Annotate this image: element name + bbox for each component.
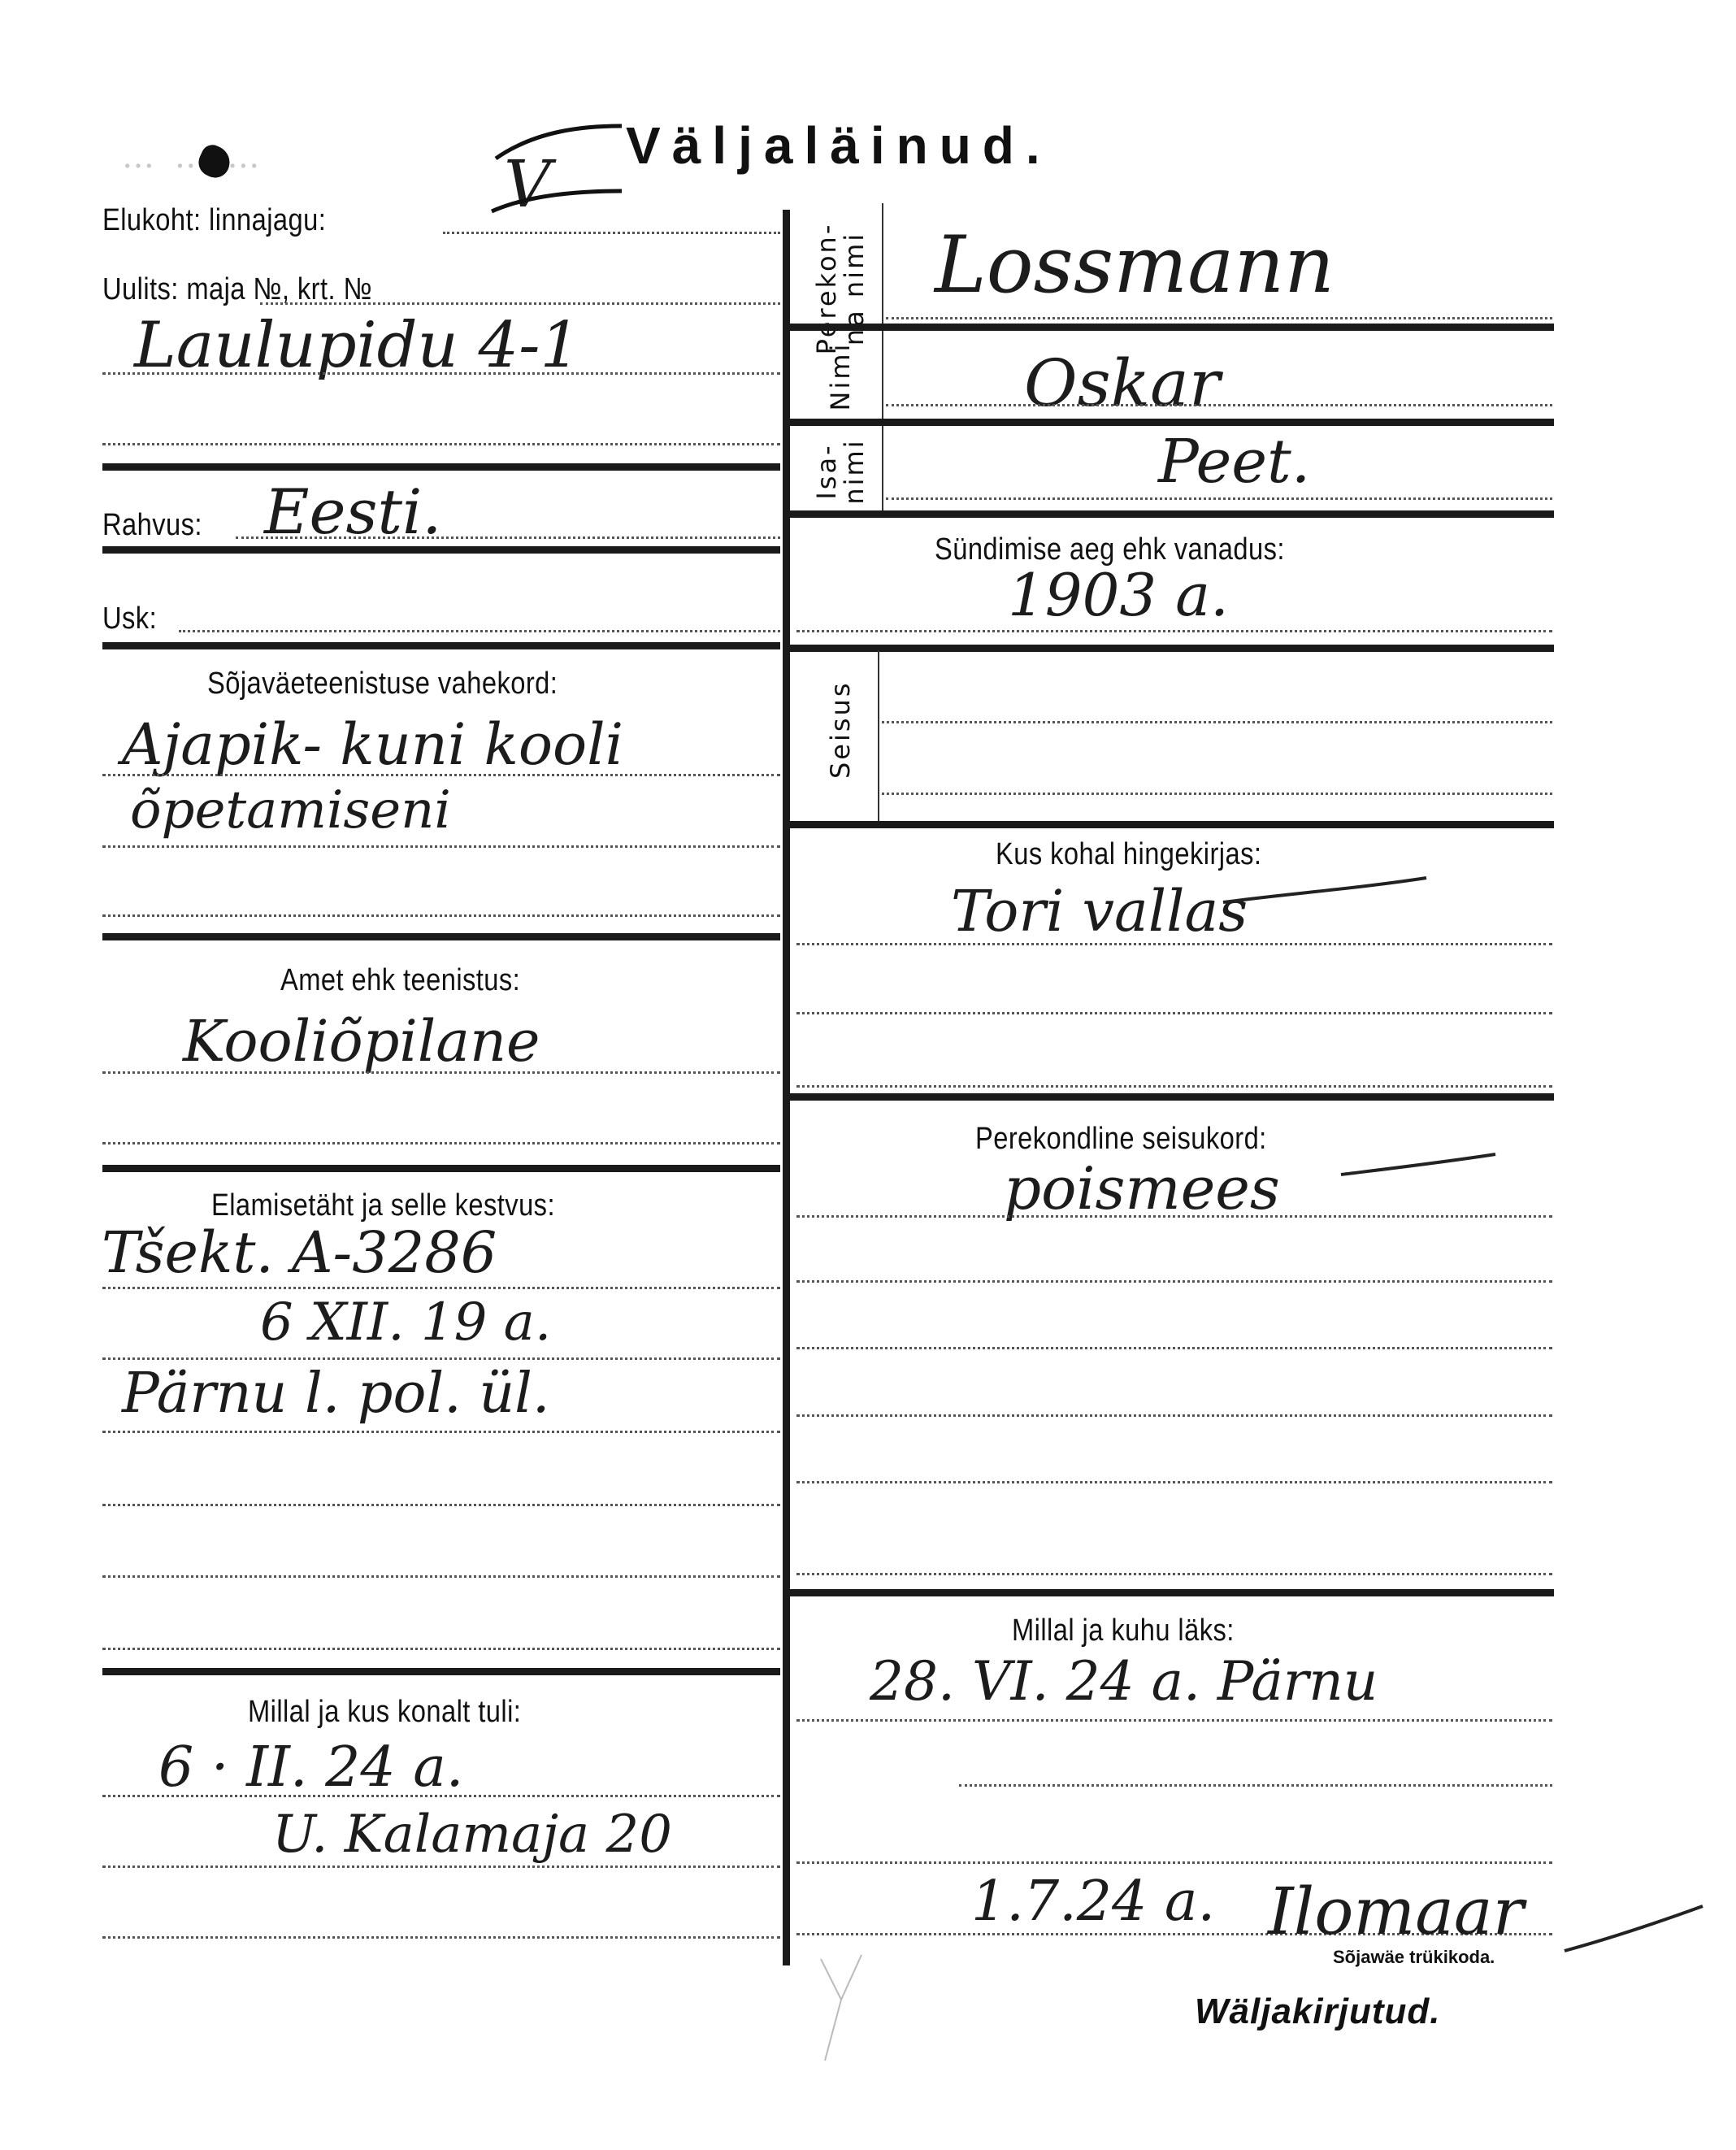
divider	[790, 1093, 1554, 1101]
field-elamisetaht-3[interactable]	[102, 1431, 780, 1433]
field-perekondline-1[interactable]	[796, 1215, 1552, 1218]
label-perekondline: Perekondline seisukord:	[975, 1122, 1267, 1157]
field-uulits-1[interactable]	[260, 302, 780, 305]
label-isanimi-line2: nimi	[840, 435, 868, 508]
field-perekondline-2[interactable]	[796, 1280, 1552, 1283]
field-seisus-1[interactable]	[882, 721, 1552, 723]
page-title: Väljaläinud.	[626, 115, 1052, 176]
field-sojavae-2[interactable]	[102, 845, 780, 848]
field-hingekirjas-1[interactable]	[796, 943, 1552, 945]
value-millal-tuli-line2: U. Kalamaja 20	[272, 1805, 672, 1865]
value-sundimise: 1903 a.	[1008, 561, 1229, 629]
divider	[102, 933, 780, 940]
field-amet-1[interactable]	[102, 1071, 780, 1074]
field-seisus-2[interactable]	[882, 793, 1552, 795]
field-perekondline-3[interactable]	[796, 1347, 1552, 1349]
field-elamisetaht-5[interactable]	[102, 1575, 780, 1578]
column-divider	[783, 210, 790, 1965]
value-millal-laks: 28. VI. 24 a. Pärnu	[870, 1650, 1378, 1713]
field-hingekirjas-3[interactable]	[796, 1085, 1552, 1088]
signature-flourish-icon	[1560, 1902, 1707, 1959]
field-uulits-3[interactable]	[102, 443, 780, 445]
field-perekondline-5[interactable]	[796, 1481, 1552, 1483]
field-sojavae-1[interactable]	[102, 774, 780, 776]
divider	[790, 419, 1554, 426]
divider	[102, 546, 780, 554]
label-hingekirjas: Kus kohal hingekirjas:	[996, 837, 1261, 872]
divider	[790, 1589, 1554, 1596]
value-signature: Ilomaar	[1268, 1874, 1524, 1949]
value-millal-tuli-line1: 6 · II. 24 a.	[158, 1735, 463, 1800]
value-uulits: Laulupidu 4-1	[134, 309, 580, 382]
field-elamisetaht-2[interactable]	[102, 1357, 780, 1360]
field-elamisetaht-6[interactable]	[102, 1648, 780, 1650]
dash-stroke-icon	[1219, 874, 1430, 906]
divider	[790, 510, 1554, 518]
value-signature-date: 1.7.24 a.	[971, 1870, 1215, 1934]
label-rahvus: Rahvus:	[102, 508, 202, 543]
divider	[790, 821, 1554, 828]
label-elukoht: Elukoht: linnajagu:	[102, 203, 326, 238]
field-uulits-2[interactable]	[102, 372, 780, 375]
field-millal-laks-2[interactable]	[959, 1784, 1552, 1787]
field-millal-laks-3[interactable]	[796, 1861, 1552, 1864]
bottom-stamp: Wäljakirjutud.	[1195, 1991, 1440, 2032]
divider	[102, 1165, 780, 1172]
divider	[102, 642, 780, 649]
label-isanimi: Isa- nimi	[813, 435, 870, 508]
value-perekonnanimi: Lossmann	[935, 219, 1335, 311]
value-isanimi: Peet.	[1158, 427, 1310, 497]
faded-stamp: … … …	[122, 138, 264, 176]
pencil-mark-icon	[813, 1951, 878, 2065]
field-amet-2[interactable]	[102, 1142, 780, 1144]
divider	[102, 463, 780, 471]
value-elamisetaht-line1: Tšekt. A-3286	[102, 1219, 497, 1286]
label-millal-tuli: Millal ja kus konalt tuli:	[248, 1695, 521, 1730]
printer-mark: Sõjawäe trükikoda.	[1333, 1947, 1495, 1968]
field-millal-tuli-1[interactable]	[102, 1795, 780, 1797]
field-usk[interactable]	[179, 630, 780, 632]
divider	[102, 1668, 780, 1675]
field-hingekirjas-2[interactable]	[796, 1012, 1552, 1014]
field-elukoht[interactable]	[443, 232, 780, 234]
divider	[790, 324, 1554, 331]
field-millal-tuli-3[interactable]	[102, 1936, 780, 1939]
value-sojavae-line2: õpetamiseni	[130, 780, 451, 840]
dash-stroke-icon	[1337, 1150, 1499, 1183]
field-elamisetaht-4[interactable]	[102, 1504, 780, 1506]
value-amet: Kooliõpilane	[183, 1008, 540, 1075]
value-sojavae-line1: Ajapik- kuni kooli	[122, 711, 623, 778]
field-perekondline-4[interactable]	[796, 1414, 1552, 1417]
label-elamisetaht: Elamisetäht ja selle kestvus:	[211, 1188, 555, 1223]
field-elamisetaht-1[interactable]	[102, 1287, 780, 1289]
label-millal-laks: Millal ja kuhu läks:	[1012, 1614, 1235, 1648]
value-nimi: Oskar	[1024, 345, 1220, 421]
value-elamisetaht-line3: Pärnu l. pol. ül.	[122, 1362, 550, 1426]
label-isanimi-line1: Isa-	[813, 435, 840, 508]
value-hingekirjas: Tori vallas	[951, 878, 1248, 945]
label-usk: Usk:	[102, 602, 157, 636]
field-rahvus[interactable]	[236, 536, 780, 539]
label-seisus: Seisus	[827, 681, 856, 779]
field-isanimi[interactable]	[886, 497, 1552, 500]
field-millal-laks-1[interactable]	[796, 1719, 1552, 1722]
value-elamisetaht-line2: 6 XII. 19 a.	[260, 1292, 551, 1353]
divider	[790, 645, 1554, 652]
section-mark-stroke-icon	[488, 122, 626, 219]
seisus-block-divider	[878, 650, 879, 821]
field-perekondline-6[interactable]	[796, 1573, 1552, 1575]
field-sojavae-3[interactable]	[102, 914, 780, 917]
field-nimi[interactable]	[886, 404, 1552, 406]
label-sojavae: Sõjaväeteenistuse vahekord:	[207, 667, 558, 701]
field-sundimise[interactable]	[796, 630, 1552, 632]
label-amet: Amet ehk teenistus:	[280, 963, 520, 998]
value-perekondline: poismees	[1004, 1154, 1280, 1223]
field-perekonnanimi[interactable]	[886, 317, 1552, 319]
name-block-divider	[882, 203, 883, 510]
field-millal-tuli-2[interactable]	[102, 1866, 780, 1868]
label-nimi: Nimi	[827, 336, 856, 417]
